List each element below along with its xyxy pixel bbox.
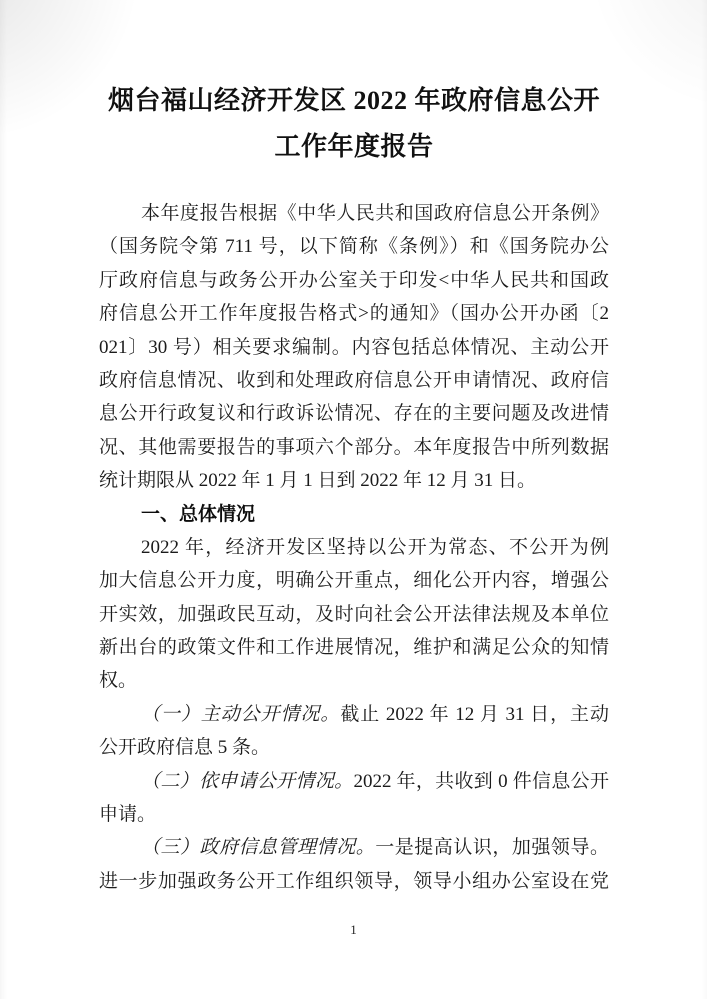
body-line: 公开政府信息 5 条。 (99, 731, 609, 764)
text-segment: 公开政府信息 5 条。 (99, 737, 270, 758)
text-segment: 一是提高认识，加强领导。 (375, 837, 609, 858)
subheading-emphasis: （一）主动公开情况。 (141, 704, 340, 725)
subheading-emphasis: （二）依申请公开情况。 (141, 771, 353, 792)
document-title: 烟台福山经济开发区 2022 年政府信息公开 工作年度报告 (99, 78, 609, 170)
document-title-line-2: 工作年度报告 (99, 124, 609, 170)
subheading-emphasis: （三）政府信息管理情况。 (141, 837, 375, 858)
body-line: 进一步加强政务公开工作组织领导，领导小组办公室设在党 (99, 865, 609, 898)
text-segment: 进一步加强政务公开工作组织领导，领导小组办公室设在党 (99, 871, 609, 892)
body-line: 本年度报告根据《中华人民共和国政府信息公开条例》 (99, 197, 609, 230)
body-line: 况、其他需要报告的事项六个部分。本年度报告中所列数据 (99, 431, 609, 464)
text-segment: 开实效，加强政民互动，及时向社会公开法律法规及本单位 (99, 604, 609, 625)
body-line: （三）政府信息管理情况。一是提高认识，加强领导。 (99, 831, 609, 864)
text-segment: 2022 年，共收到 0 件信息公开 (353, 771, 609, 792)
section-heading: 一、总体情况 (99, 498, 609, 531)
text-segment: 新出台的政策文件和工作进展情况，维护和满足公众的知情 (99, 637, 609, 658)
body-line: 申请。 (99, 798, 609, 831)
text-segment: 政府信息情况、收到和处理政府信息公开申请情况、政府信 (99, 370, 609, 391)
text-segment: 统计期限从 2022 年 1 月 1 日到 2022 年 12 月 31 日。 (99, 470, 536, 491)
text-segment: 权。 (99, 670, 137, 691)
document-body: 本年度报告根据《中华人民共和国政府信息公开条例》（国务院令第 711 号，以下简… (99, 197, 609, 898)
body-line: 新出台的政策文件和工作进展情况，维护和满足公众的知情 (99, 631, 609, 664)
document-page: 烟台福山经济开发区 2022 年政府信息公开 工作年度报告 本年度报告根据《中华… (0, 0, 707, 999)
body-line: 府信息公开工作年度报告格式>的通知》（国办公开办函〔2 (99, 297, 609, 330)
body-line: 开实效，加强政民互动，及时向社会公开法律法规及本单位 (99, 598, 609, 631)
document-title-line-1: 烟台福山经济开发区 2022 年政府信息公开 (99, 78, 609, 124)
body-line: （二）依申请公开情况。2022 年，共收到 0 件信息公开 (99, 765, 609, 798)
text-segment: 截止 2022 年 12 月 31 日，主动 (340, 704, 609, 725)
body-line: （一）主动公开情况。截止 2022 年 12 月 31 日，主动 (99, 698, 609, 731)
body-line: 厅政府信息与政务公开办公室关于印发<中华人民共和国政 (99, 264, 609, 297)
body-line: 统计期限从 2022 年 1 月 1 日到 2022 年 12 月 31 日。 (99, 464, 609, 497)
text-segment: 加大信息公开力度，明确公开重点，细化公开内容，增强公 (99, 570, 609, 591)
body-line: 021〕30 号）相关要求编制。内容包括总体情况、主动公开 (99, 331, 609, 364)
body-line: 权。 (99, 664, 609, 697)
body-line: 息公开行政复议和行政诉讼情况、存在的主要问题及改进情 (99, 397, 609, 430)
text-segment: 厅政府信息与政务公开办公室关于印发<中华人民共和国政 (99, 270, 609, 291)
text-segment: （国务院令第 711 号，以下简称《条例》）和《国务院办公 (99, 236, 609, 257)
body-line: 政府信息情况、收到和处理政府信息公开申请情况、政府信 (99, 364, 609, 397)
text-segment: 息公开行政复议和行政诉讼情况、存在的主要问题及改进情 (99, 403, 609, 424)
body-line: 2022 年，经济开发区坚持以公开为常态、不公开为例外， (99, 531, 609, 564)
page-number: 1 (0, 922, 707, 938)
body-line: 加大信息公开力度，明确公开重点，细化公开内容，增强公 (99, 564, 609, 597)
text-segment: 况、其他需要报告的事项六个部分。本年度报告中所列数据 (99, 437, 609, 458)
text-segment: 一、总体情况 (141, 504, 255, 525)
text-segment: 府信息公开工作年度报告格式>的通知》（国办公开办函〔2 (99, 303, 609, 324)
text-segment: 本年度报告根据《中华人民共和国政府信息公开条例》 (141, 203, 609, 224)
text-segment: 2022 年，经济开发区坚持以公开为常态、不公开为例外， (99, 537, 609, 564)
text-segment: 021〕30 号）相关要求编制。内容包括总体情况、主动公开 (99, 337, 609, 358)
text-segment: 申请。 (99, 804, 156, 825)
body-line: （国务院令第 711 号，以下简称《条例》）和《国务院办公 (99, 230, 609, 263)
